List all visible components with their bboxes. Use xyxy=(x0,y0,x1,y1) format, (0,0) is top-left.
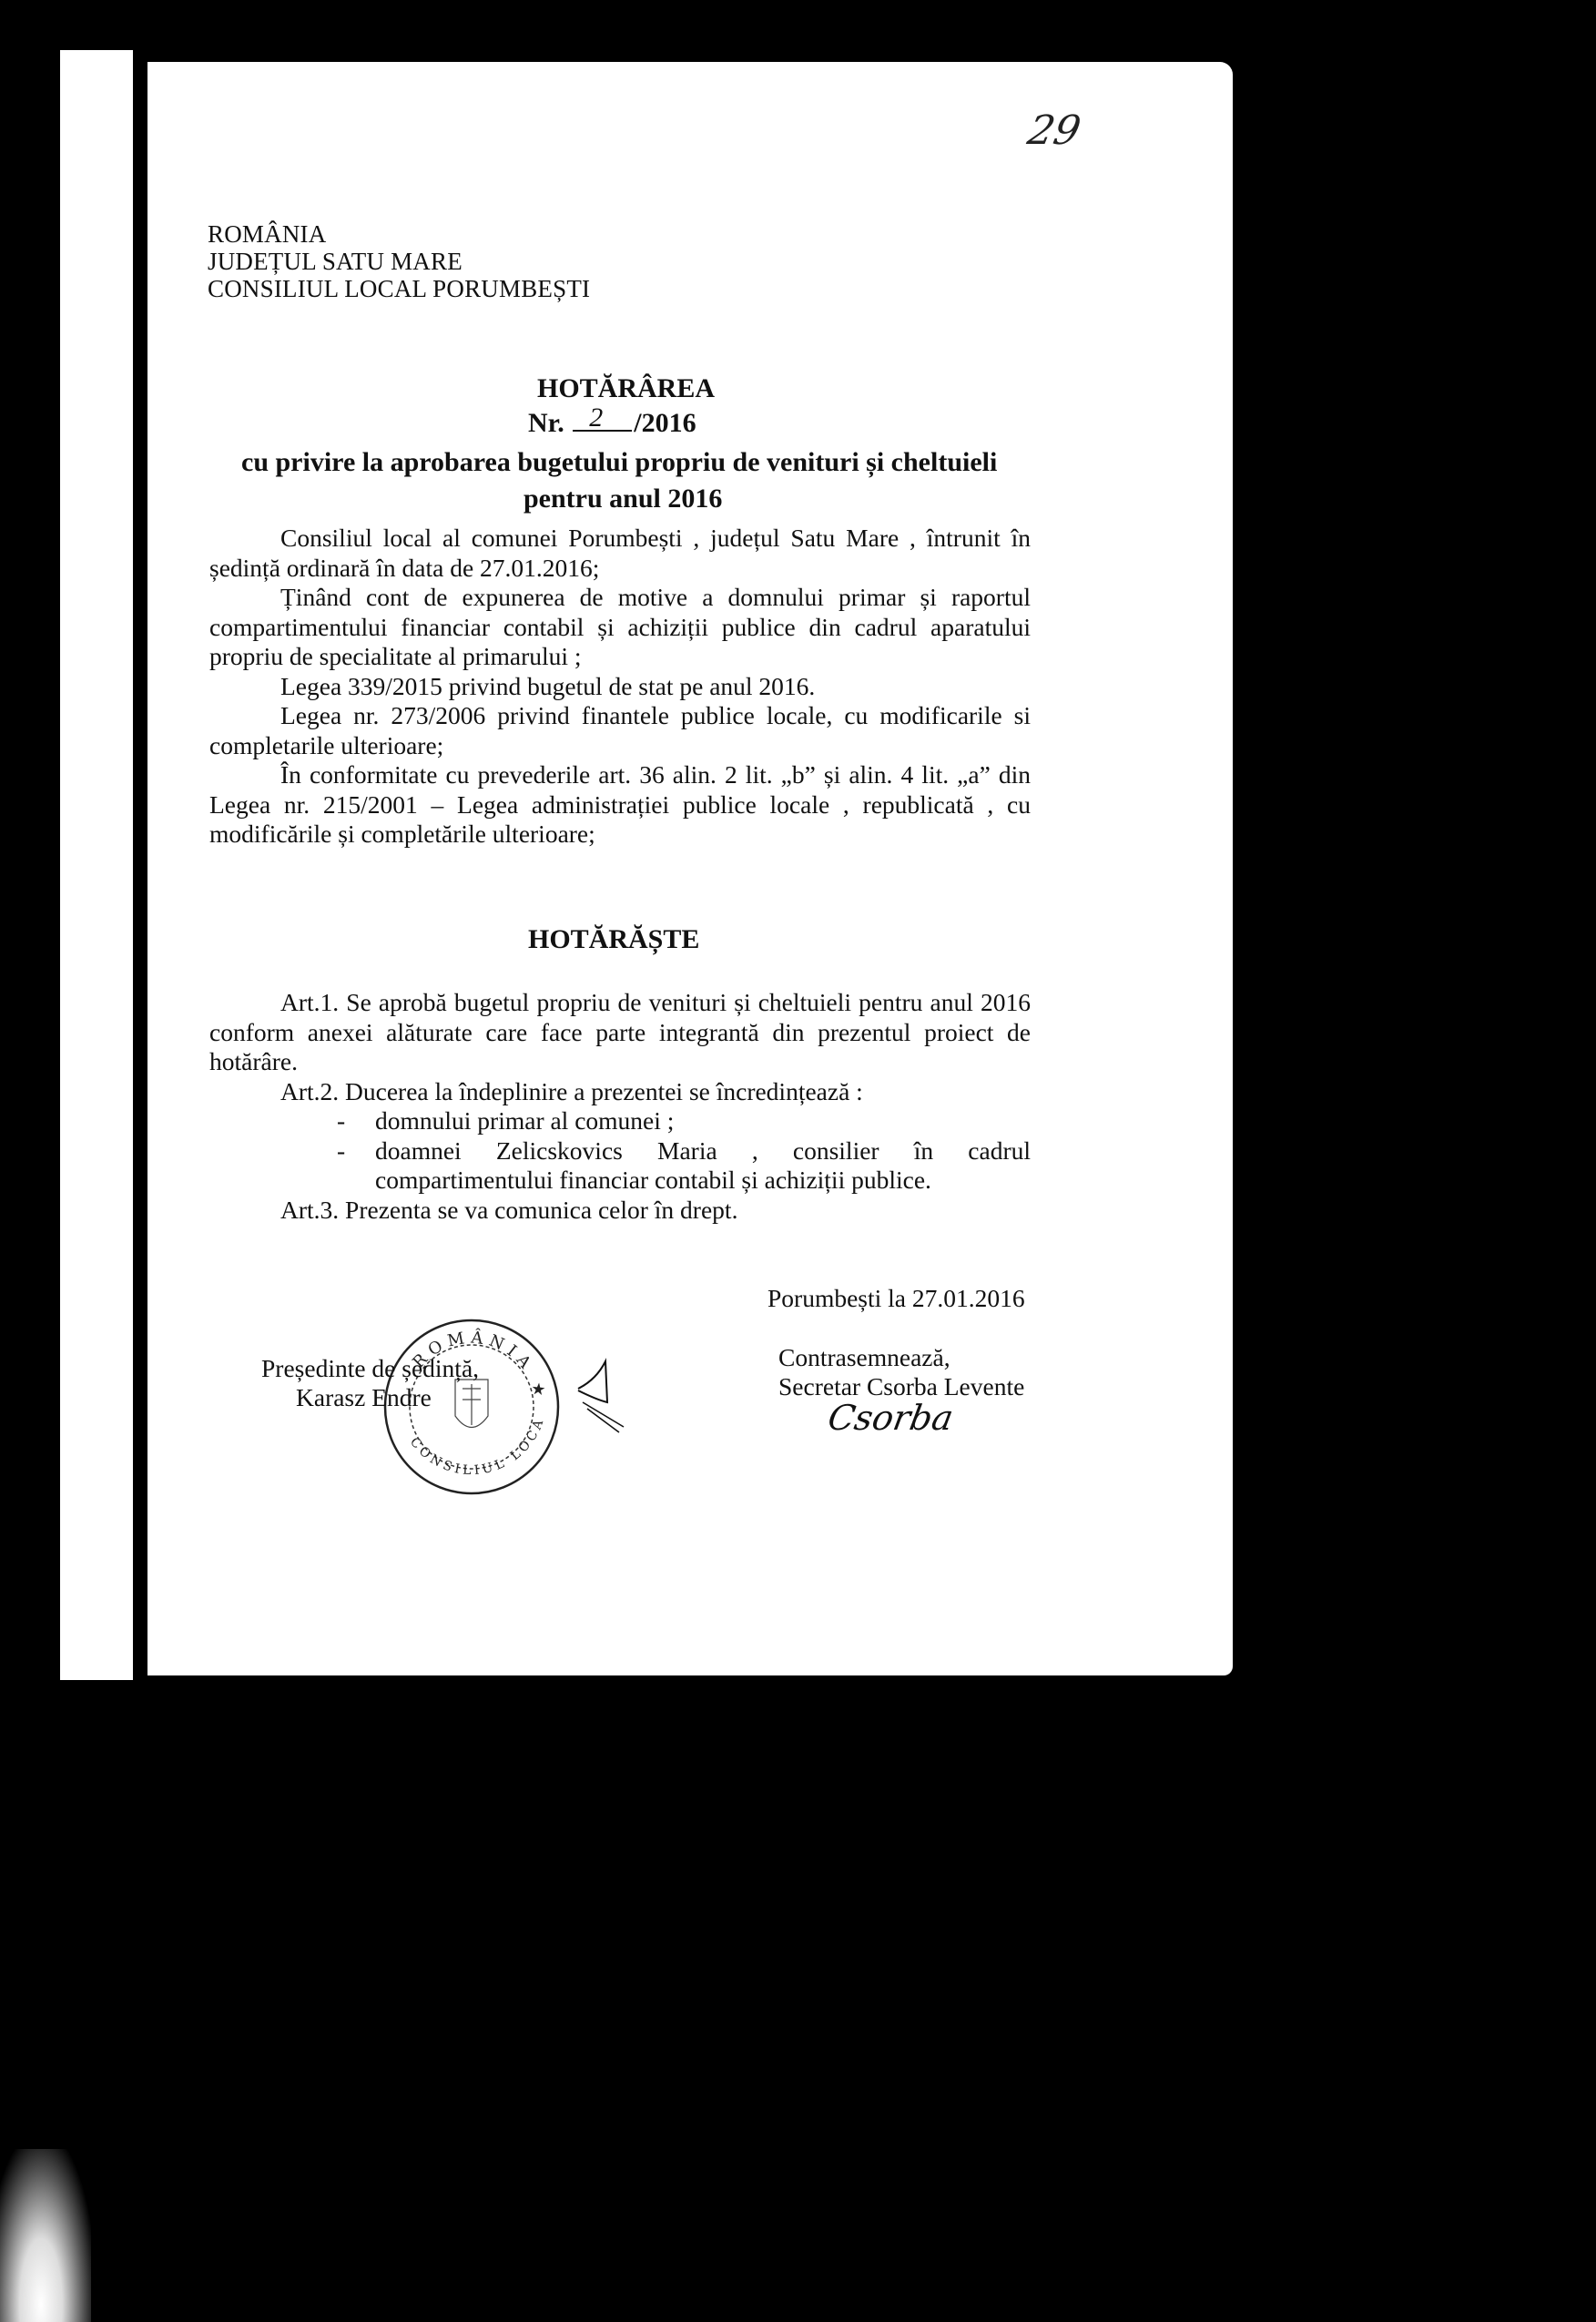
president-signature-block: Președinte de ședință, Karasz Endre xyxy=(261,1354,479,1412)
secretary-signature-block: Contrasemnează, Secretar Csorba Levente xyxy=(778,1343,1024,1401)
president-name: Karasz Endre xyxy=(261,1383,479,1412)
document-subtitle-year: pentru anul 2016 xyxy=(524,481,722,517)
secretary-role: Contrasemnează, xyxy=(778,1343,1024,1372)
number-suffix: /2016 xyxy=(634,408,696,438)
place-and-date: Porumbești la 27.01.2016 xyxy=(768,1284,1025,1313)
issuer-header: ROMÂNIA JUDEȚUL SATU MARE CONSILIUL LOCA… xyxy=(208,220,590,302)
number-blank: 2 xyxy=(573,410,632,432)
list-item: doamnei Zelicskovics Maria , consilier î… xyxy=(337,1136,1031,1196)
president-role: Președinte de ședință, xyxy=(261,1354,479,1383)
scan-artifact xyxy=(0,2149,91,2322)
document-title: HOTĂRÂREA xyxy=(537,373,715,404)
article-2-list: domnului primar al comunei ; doamnei Zel… xyxy=(209,1106,1031,1196)
preamble: Consiliul local al comunei Porumbești , … xyxy=(209,524,1031,850)
handwritten-number: 2 xyxy=(589,402,603,433)
document-page xyxy=(147,62,1233,1675)
articles: Art.1. Se aprobă bugetul propriu de veni… xyxy=(209,988,1031,1225)
number-prefix: Nr. xyxy=(528,408,564,438)
secretary-signature: Csorba xyxy=(825,1398,956,1438)
header-council: CONSILIUL LOCAL PORUMBEȘTI xyxy=(208,275,590,302)
header-country: ROMÂNIA xyxy=(208,220,590,248)
article-3: Art.3. Prezenta se va comunica celor în … xyxy=(209,1196,1031,1226)
preamble-paragraph: Legea 339/2015 privind bugetul de stat p… xyxy=(209,672,1031,702)
scanner-edge-strip xyxy=(60,50,133,1680)
preamble-paragraph: Legea nr. 273/2006 privind finantele pub… xyxy=(209,701,1031,760)
decides-heading: HOTĂRĂȘTE xyxy=(528,924,699,955)
handwritten-page-number: 29 xyxy=(1024,107,1085,154)
article-1: Art.1. Se aprobă bugetul propriu de veni… xyxy=(209,988,1031,1077)
preamble-paragraph: Ținând cont de expunerea de motive a dom… xyxy=(209,583,1031,672)
president-signature-icon xyxy=(569,1352,633,1439)
article-2-intro: Art.2. Ducerea la îndeplinire a prezente… xyxy=(209,1077,1031,1107)
preamble-paragraph: În conformitate cu prevederile art. 36 a… xyxy=(209,760,1031,850)
header-county: JUDEȚUL SATU MARE xyxy=(208,248,590,275)
document-subtitle: cu privire la aprobarea bugetului propri… xyxy=(241,444,997,481)
list-item: domnului primar al comunei ; xyxy=(337,1106,1031,1136)
preamble-paragraph: Consiliul local al comunei Porumbești , … xyxy=(209,524,1031,583)
decision-number: Nr. 2/2016 xyxy=(528,408,696,439)
